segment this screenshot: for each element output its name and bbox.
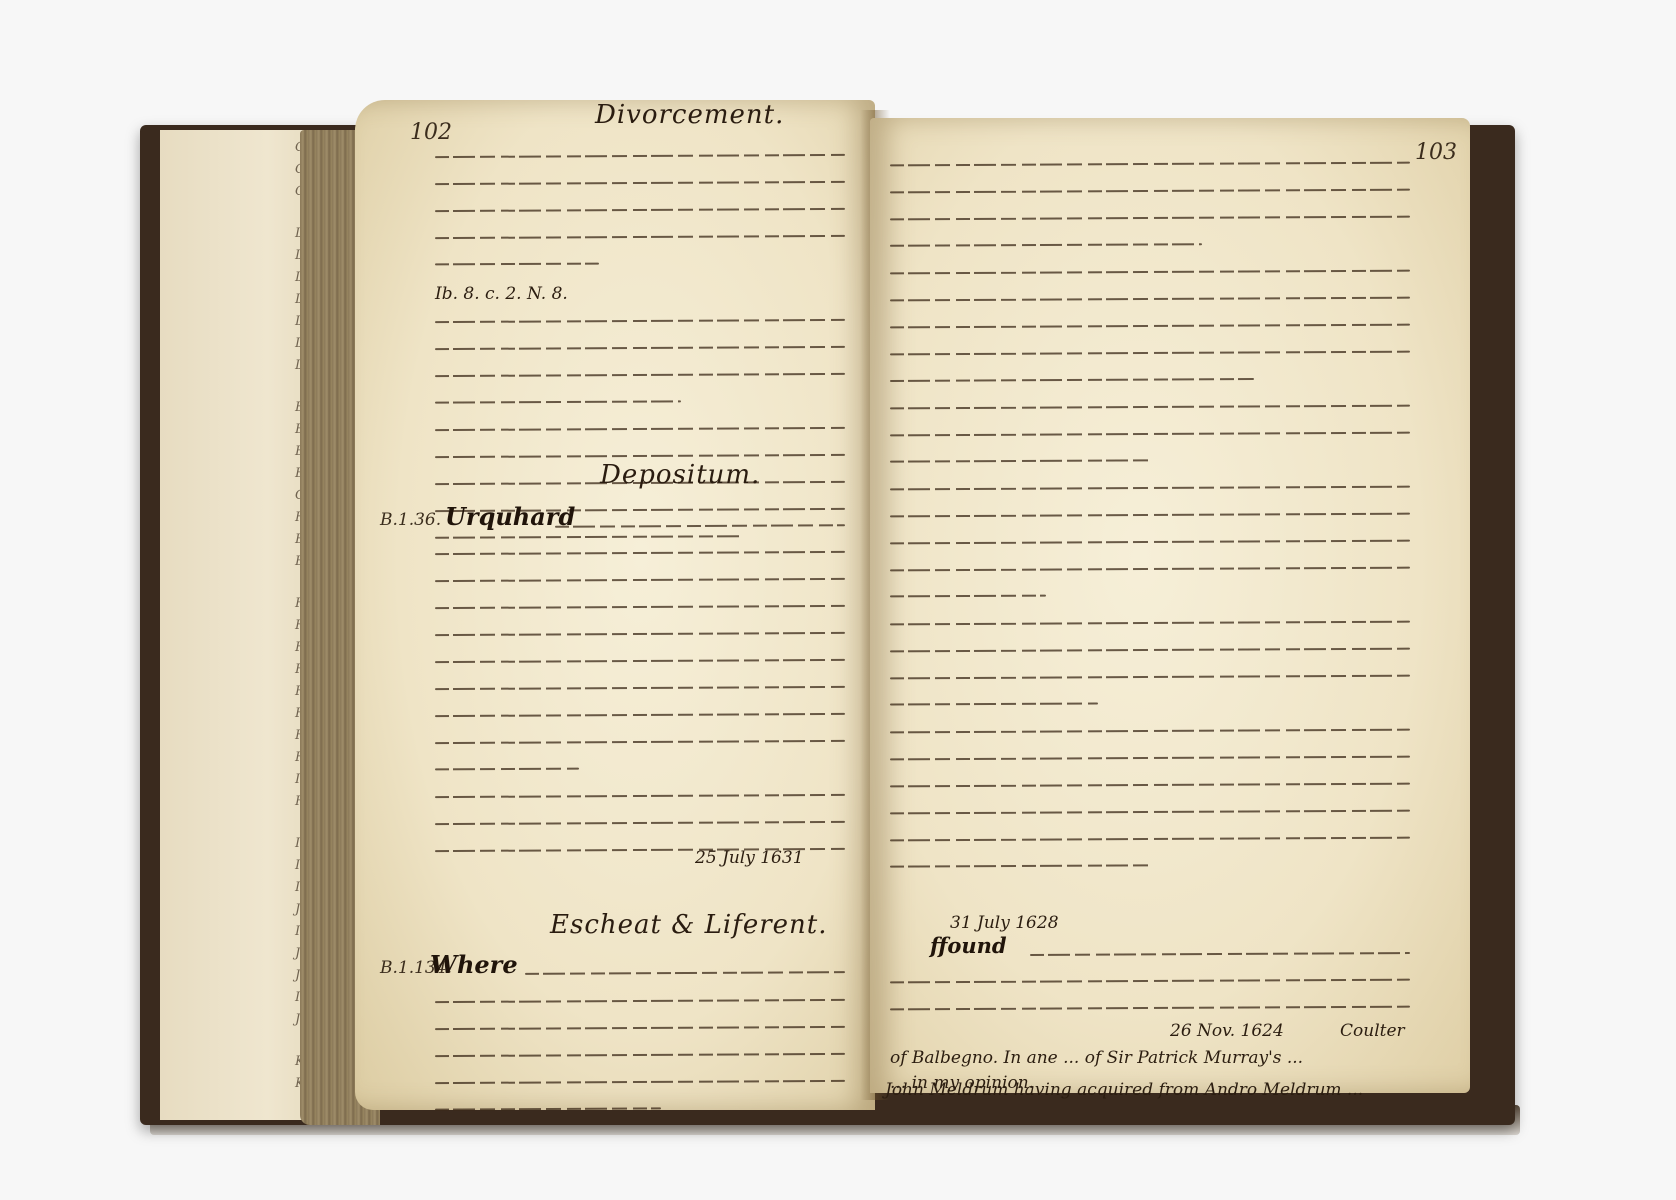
heading-escheat-liferent: Escheat & Liferent. [550, 910, 828, 940]
text-line-first-escheat [525, 972, 845, 999]
word-ffound: ffound [930, 933, 1007, 958]
margin-ref-depositum: B.1.36. [380, 510, 441, 530]
closing-line-1: of Balbegno. In ane ... of Sir Patrick M… [890, 1048, 1303, 1068]
left-page: 102 Divorcement. Ib. 8. c. 2. N. 8. Depo… [355, 100, 875, 1110]
right-page: 103 31 July 1628 ffound 26 Nov. 1624 Cou… [870, 118, 1470, 1093]
word-coulter: Coulter [1340, 1021, 1405, 1041]
text-block-escheat [435, 1000, 845, 1135]
citation-depositum: 25 July 1631 [695, 848, 804, 868]
text-line-ffound [1030, 953, 1410, 980]
text-block-divorcement [435, 155, 845, 290]
citation-divorcement: Ib. 8. c. 2. N. 8. [435, 284, 568, 304]
page-number-left: 102 [410, 120, 452, 145]
heading-depositum: Depositum. [600, 460, 760, 490]
text-block-depositum [435, 552, 845, 876]
date-1624: 26 Nov. 1624 [1170, 1021, 1284, 1041]
page-number-right: 103 [1415, 140, 1457, 165]
closing-line-3: John Meldrum having acquired from Andro … [885, 1080, 1363, 1100]
heading-divorcement: Divorcement. [595, 100, 784, 130]
text-block-right-1 [890, 163, 1410, 892]
date-1628: 31 July 1628 [950, 913, 1059, 933]
lead-word-escheat: Where [430, 950, 518, 979]
text-line-first [555, 525, 845, 552]
text-block-right-2 [890, 980, 1410, 1034]
